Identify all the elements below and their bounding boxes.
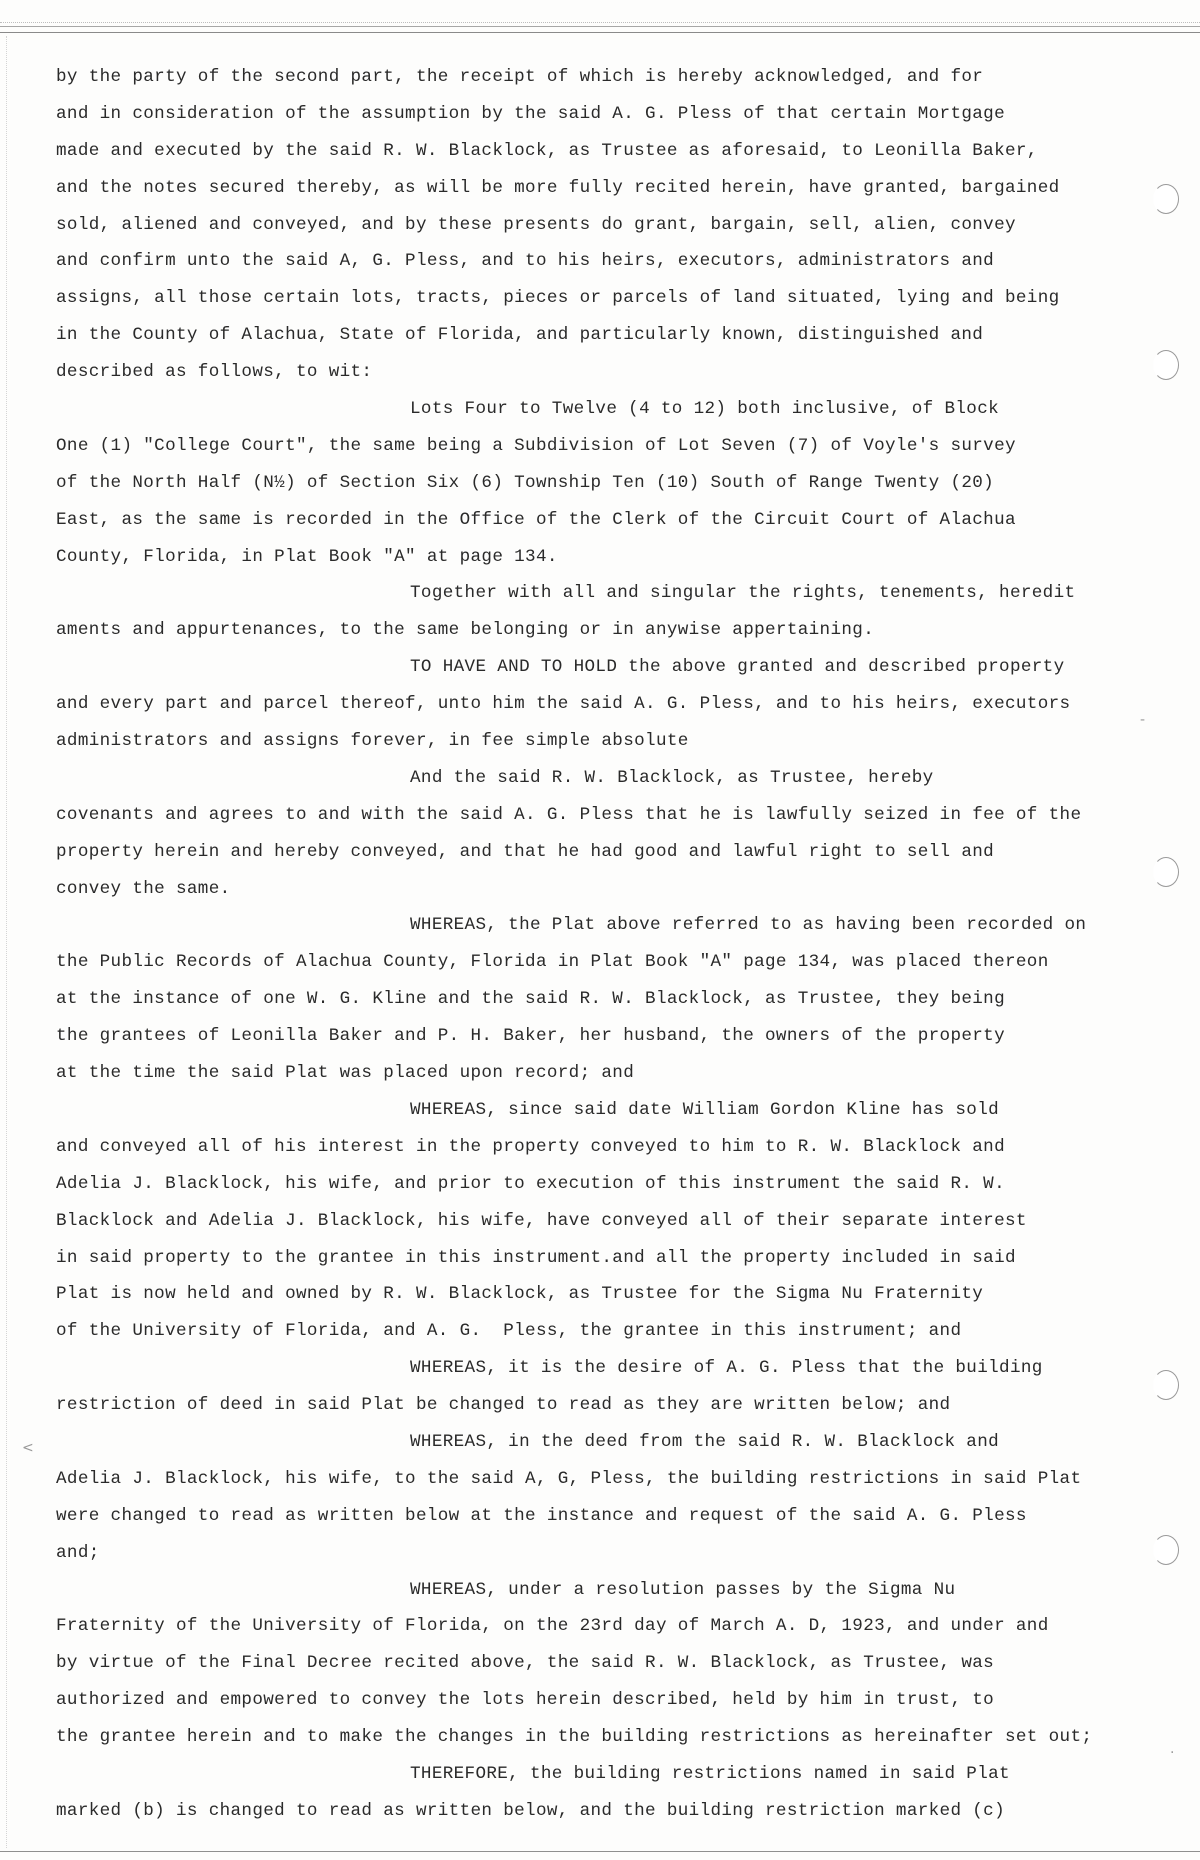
text-line: authorized and empowered to convey the l…	[56, 1686, 1056, 1723]
top-border-rule	[0, 22, 1200, 33]
text-line: assigns, all those certain lots, tracts,…	[56, 284, 1056, 321]
bottom-border-rule	[0, 1851, 1200, 1852]
document-body: by the party of the second part, the rec…	[56, 63, 1056, 1834]
paragraph-start-line: Lots Four to Twelve (4 to 12) both inclu…	[56, 395, 1056, 432]
text-line: aments and appurtenances, to the same be…	[56, 616, 1056, 653]
paragraph-start-line: WHEREAS, under a resolution passes by th…	[56, 1576, 1056, 1613]
text-line: Fraternity of the University of Florida,…	[56, 1612, 1056, 1649]
punch-hole-icon	[1153, 1370, 1179, 1400]
text-line: the grantee herein and to make the chang…	[56, 1723, 1056, 1760]
paragraph-start-line: WHEREAS, since said date William Gordon …	[56, 1096, 1056, 1133]
text-line: of the North Half (N½) of Section Six (6…	[56, 469, 1056, 506]
text-line: and in consideration of the assumption b…	[56, 100, 1056, 137]
text-line: sold, aliened and conveyed, and by these…	[56, 211, 1056, 248]
text-line: the grantees of Leonilla Baker and P. H.…	[56, 1022, 1056, 1059]
punch-hole-icon	[1153, 350, 1179, 380]
text-line: Adelia J. Blacklock, his wife, to the sa…	[56, 1465, 1056, 1502]
paragraph-start-line: WHEREAS, it is the desire of A. G. Pless…	[56, 1354, 1056, 1391]
text-line: at the instance of one W. G. Kline and t…	[56, 985, 1056, 1022]
text-line: Adelia J. Blacklock, his wife, and prior…	[56, 1170, 1056, 1207]
text-line: and;	[56, 1539, 1056, 1576]
text-line: covenants and agrees to and with the sai…	[56, 801, 1056, 838]
text-line: by virtue of the Final Decree recited ab…	[56, 1649, 1056, 1686]
text-line: and conveyed all of his interest in the …	[56, 1133, 1056, 1170]
paragraph-start-line: Together with all and singular the right…	[56, 579, 1056, 616]
text-line: One (1) "College Court", the same being …	[56, 432, 1056, 469]
text-line: in said property to the grantee in this …	[56, 1244, 1056, 1281]
text-line: were changed to read as written below at…	[56, 1502, 1056, 1539]
paragraph-start-line: TO HAVE AND TO HOLD the above granted an…	[56, 653, 1056, 690]
text-line: the Public Records of Alachua County, Fl…	[56, 948, 1056, 985]
text-line: and every part and parcel thereof, unto …	[56, 690, 1056, 727]
text-line: of the University of Florida, and A. G. …	[56, 1317, 1056, 1354]
text-line: convey the same.	[56, 875, 1056, 912]
margin-dash-mark: -	[1140, 712, 1145, 728]
text-line: by the party of the second part, the rec…	[56, 63, 1056, 100]
left-edge-rule	[6, 36, 7, 1848]
document-page: by the party of the second part, the rec…	[0, 0, 1200, 1860]
text-line: made and executed by the said R. W. Blac…	[56, 137, 1056, 174]
text-line: and confirm unto the said A, G. Pless, a…	[56, 247, 1056, 284]
text-line: and the notes secured thereby, as will b…	[56, 174, 1056, 211]
text-line: property herein and hereby conveyed, and…	[56, 838, 1056, 875]
text-line: described as follows, to wit:	[56, 358, 1056, 395]
text-line: Blacklock and Adelia J. Blacklock, his w…	[56, 1207, 1056, 1244]
text-line: in the County of Alachua, State of Flori…	[56, 321, 1056, 358]
paragraph-start-line: WHEREAS, in the deed from the said R. W.…	[56, 1428, 1056, 1465]
paragraph-start-line: WHEREAS, the Plat above referred to as h…	[56, 911, 1056, 948]
paragraph-start-line: THEREFORE, the building restrictions nam…	[56, 1760, 1056, 1797]
punch-hole-icon	[1153, 857, 1179, 887]
text-line: marked (b) is changed to read as written…	[56, 1797, 1056, 1834]
punch-hole-icon	[1153, 1535, 1179, 1565]
text-line: Plat is now held and owned by R. W. Blac…	[56, 1280, 1056, 1317]
text-line: at the time the said Plat was placed upo…	[56, 1059, 1056, 1096]
paragraph-start-line: And the said R. W. Blacklock, as Trustee…	[56, 764, 1056, 801]
margin-dash-mark: ·	[1170, 1745, 1174, 1761]
text-line: restriction of deed in said Plat be chan…	[56, 1391, 1056, 1428]
text-line: administrators and assigns forever, in f…	[56, 727, 1056, 764]
text-line: County, Florida, in Plat Book "A" at pag…	[56, 543, 1056, 580]
punch-hole-icon	[1153, 184, 1179, 214]
text-line: East, as the same is recorded in the Off…	[56, 506, 1056, 543]
margin-tick-mark: <	[22, 1440, 34, 1456]
